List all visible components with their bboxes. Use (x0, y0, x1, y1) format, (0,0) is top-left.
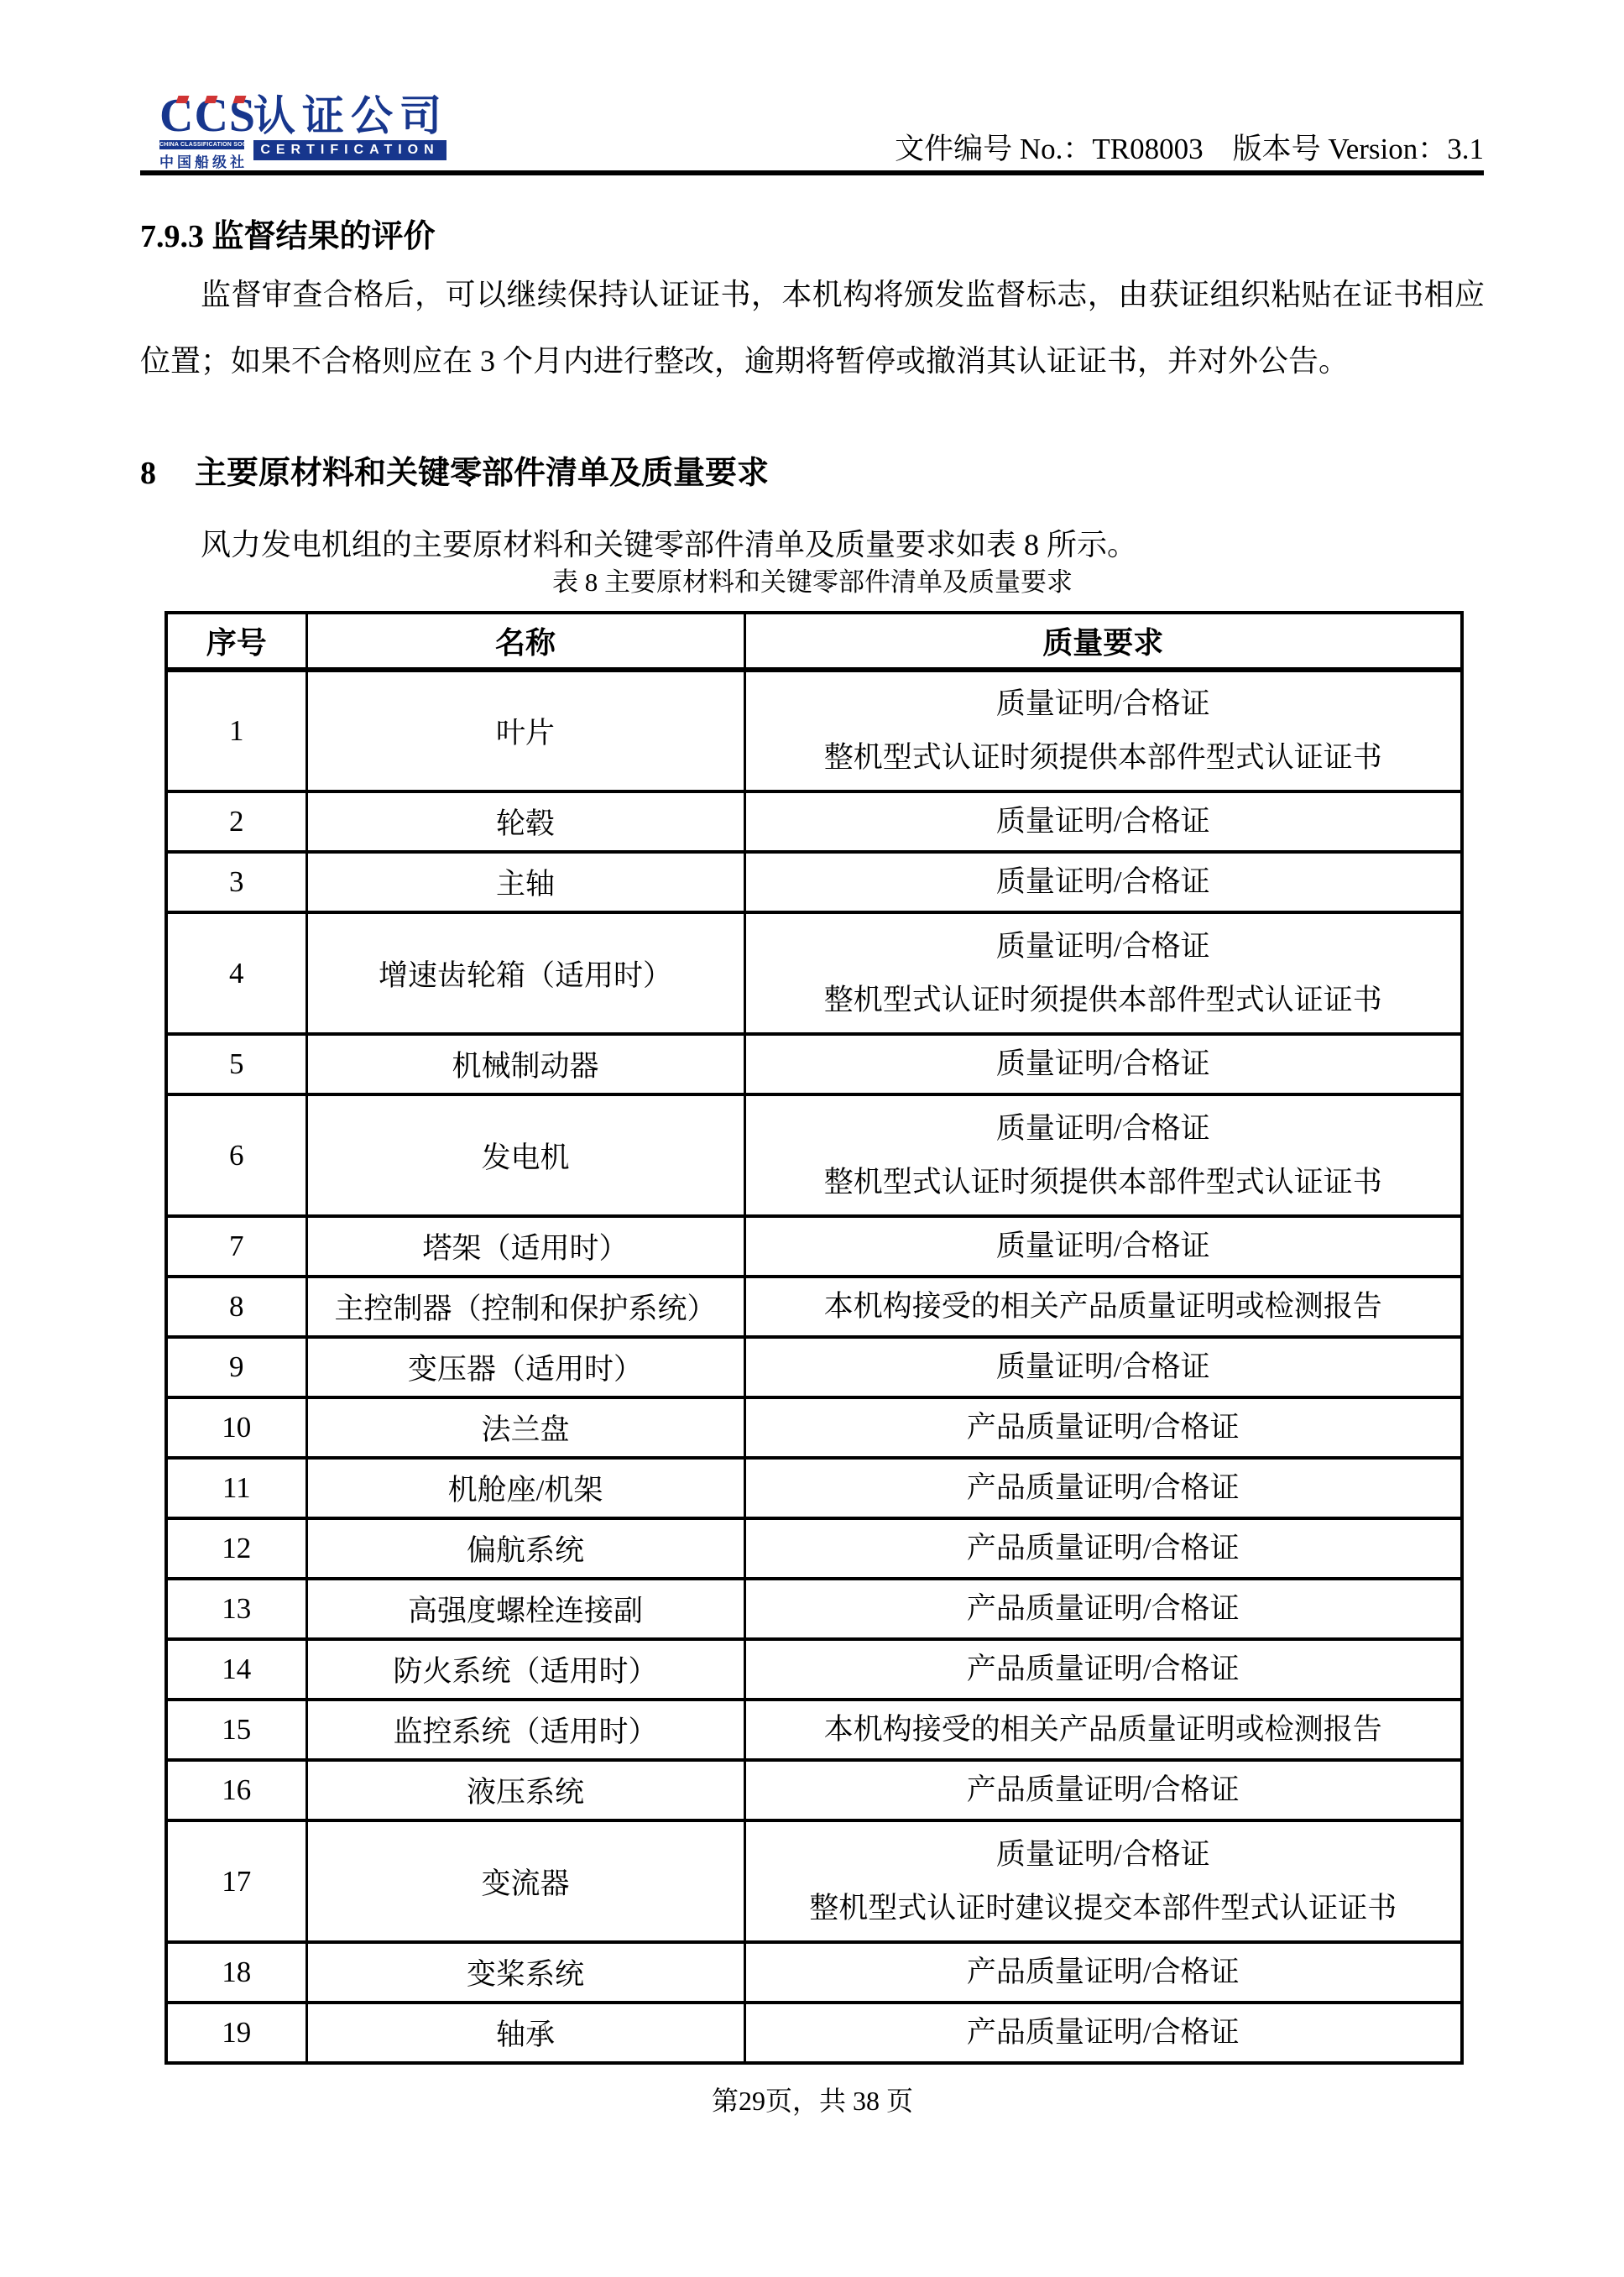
component-name-cell: 塔架（适用时） (306, 1216, 744, 1277)
table-row: 12 偏航系统 产品质量证明/合格证 (166, 1518, 1462, 1579)
requirement-line: 整机型式认证时须提供本部件型式认证证书 (746, 731, 1461, 785)
requirement-line: 整机型式认证时建议提交本部件型式认证证书 (746, 1882, 1461, 1935)
header-divider (140, 170, 1484, 175)
quality-requirement-cell: 产品质量证明/合格证 (744, 1458, 1462, 1518)
table-row: 9 变压器（适用时） 质量证明/合格证 (166, 1337, 1462, 1397)
row-number-cell: 12 (166, 1518, 306, 1579)
section-heading-8: 8主要原材料和关键零部件清单及质量要求 (140, 447, 769, 493)
component-table-body: 1 叶片 质量证明/合格证整机型式认证时须提供本部件型式认证证书 2 轮毂 质量… (166, 670, 1462, 2063)
logo-company-name: 认证公司 (253, 94, 448, 138)
table-row: 13 高强度螺栓连接副 产品质量证明/合格证 (166, 1579, 1462, 1639)
paragraph-793: 监督审查合格后，可以继续保持认证证书，本机构将颁发监督标志，由获证组织粘贴在证书… (140, 262, 1485, 394)
requirement-line: 产品质量证明/合格证 (746, 1461, 1461, 1515)
component-name-cell: 机械制动器 (306, 1034, 744, 1094)
component-name-cell: 增速齿轮箱（适用时） (306, 912, 744, 1034)
component-name-cell: 变桨系统 (306, 1942, 744, 2003)
table-row: 11 机舱座/机架 产品质量证明/合格证 (166, 1458, 1462, 1518)
row-number-cell: 15 (166, 1700, 306, 1760)
table-row: 16 液压系统 产品质量证明/合格证 (166, 1760, 1462, 1820)
logo-certification-bar: CERTIFICATION (253, 140, 446, 160)
quality-requirement-cell: 产品质量证明/合格证 (744, 1518, 1462, 1579)
row-number-cell: 17 (166, 1820, 306, 1942)
requirement-line: 产品质量证明/合格证 (746, 1642, 1461, 1696)
quality-requirement-cell: 质量证明/合格证 (744, 852, 1462, 912)
requirement-line: 整机型式认证时须提供本部件型式认证证书 (746, 974, 1461, 1027)
table-caption: 表 8 主要原材料和关键零部件清单及质量要求 (140, 561, 1485, 598)
component-name-cell: 机舱座/机架 (306, 1458, 744, 1518)
component-name-cell: 叶片 (306, 670, 744, 791)
requirement-line: 质量证明/合格证 (746, 1037, 1461, 1091)
component-name-cell: 高强度螺栓连接副 (306, 1579, 744, 1639)
row-number-cell: 19 (166, 2003, 306, 2063)
header-cell-no: 序号 (166, 613, 306, 670)
quality-requirement-cell: 产品质量证明/合格证 (744, 1579, 1462, 1639)
document-number-and-version: 文件编号 No.：TR08003 版本号 Version：3.1 (895, 126, 1484, 168)
section-heading-8-text: 主要原材料和关键零部件清单及质量要求 (195, 456, 769, 491)
table-row: 14 防火系统（适用时） 产品质量证明/合格证 (166, 1639, 1462, 1700)
quality-requirement-cell: 质量证明/合格证 (744, 1216, 1462, 1277)
row-number-cell: 3 (166, 852, 306, 912)
table-row: 4 增速齿轮箱（适用时） 质量证明/合格证整机型式认证时须提供本部件型式认证证书 (166, 912, 1462, 1034)
table-row: 1 叶片 质量证明/合格证整机型式认证时须提供本部件型式认证证书 (166, 670, 1462, 791)
section-heading-793: 7.9.3 监督结果的评价 (140, 210, 436, 256)
table-row: 6 发电机 质量证明/合格证整机型式认证时须提供本部件型式认证证书 (166, 1094, 1462, 1216)
quality-requirement-cell: 质量证明/合格证整机型式认证时须提供本部件型式认证证书 (744, 670, 1462, 791)
table-row: 18 变桨系统 产品质量证明/合格证 (166, 1942, 1462, 2003)
requirement-line: 产品质量证明/合格证 (746, 1945, 1461, 1999)
document-page: CCS CHINA CLASSIFICATION SOCIETY 中国船级社 认… (0, 0, 1624, 2277)
quality-requirement-cell: 产品质量证明/合格证 (744, 1942, 1462, 2003)
quality-requirement-cell: 质量证明/合格证整机型式认证时建议提交本部件型式认证证书 (744, 1820, 1462, 1942)
logo-society-en: CHINA CLASSIFICATION SOCIETY (159, 140, 244, 149)
table-row: 2 轮毂 质量证明/合格证 (166, 791, 1462, 852)
requirement-line: 质量证明/合格证 (746, 1219, 1461, 1273)
requirement-line: 质量证明/合格证 (746, 1102, 1461, 1156)
quality-requirement-cell: 产品质量证明/合格证 (744, 1397, 1462, 1458)
requirement-line: 质量证明/合格证 (746, 855, 1461, 909)
row-number-cell: 2 (166, 791, 306, 852)
component-name-cell: 偏航系统 (306, 1518, 744, 1579)
requirement-line: 产品质量证明/合格证 (746, 1763, 1461, 1817)
row-number-cell: 10 (166, 1397, 306, 1458)
quality-requirement-cell: 产品质量证明/合格证 (744, 2003, 1462, 2063)
row-number-cell: 5 (166, 1034, 306, 1094)
requirement-line: 质量证明/合格证 (746, 677, 1461, 731)
row-number-cell: 8 (166, 1277, 306, 1337)
row-number-cell: 18 (166, 1942, 306, 2003)
header-cell-requirement: 质量要求 (744, 613, 1462, 670)
requirement-line: 质量证明/合格证 (746, 1340, 1461, 1394)
quality-requirement-cell: 本机构接受的相关产品质量证明或检测报告 (744, 1700, 1462, 1760)
component-name-cell: 变流器 (306, 1820, 744, 1942)
table-row: 17 变流器 质量证明/合格证整机型式认证时建议提交本部件型式认证证书 (166, 1820, 1462, 1942)
component-name-cell: 发电机 (306, 1094, 744, 1216)
table-row: 19 轴承 产品质量证明/合格证 (166, 2003, 1462, 2063)
component-name-cell: 轮毂 (306, 791, 744, 852)
row-number-cell: 9 (166, 1337, 306, 1397)
row-number-cell: 1 (166, 670, 306, 791)
component-name-cell: 监控系统（适用时） (306, 1700, 744, 1760)
quality-requirement-cell: 质量证明/合格证整机型式认证时须提供本部件型式认证证书 (744, 912, 1462, 1034)
table-header-row: 序号 名称 质量要求 (166, 613, 1462, 670)
table-row: 10 法兰盘 产品质量证明/合格证 (166, 1397, 1462, 1458)
requirement-line: 产品质量证明/合格证 (746, 2006, 1461, 2060)
requirement-line: 产品质量证明/合格证 (746, 1401, 1461, 1454)
table-row: 8 主控制器（控制和保护系统） 本机构接受的相关产品质量证明或检测报告 (166, 1277, 1462, 1337)
section-heading-8-number: 8 (140, 456, 156, 491)
requirement-line: 本机构接受的相关产品质量证明或检测报告 (746, 1280, 1461, 1334)
requirement-line: 质量证明/合格证 (746, 1828, 1461, 1882)
row-number-cell: 14 (166, 1639, 306, 1700)
component-name-cell: 主控制器（控制和保护系统） (306, 1277, 744, 1337)
table-row: 7 塔架（适用时） 质量证明/合格证 (166, 1216, 1462, 1277)
page-number-footer: 第29页，共 38 页 (140, 2080, 1485, 2118)
table-row: 5 机械制动器 质量证明/合格证 (166, 1034, 1462, 1094)
row-number-cell: 11 (166, 1458, 306, 1518)
header-cell-name: 名称 (306, 613, 744, 670)
row-number-cell: 6 (166, 1094, 306, 1216)
quality-requirement-cell: 本机构接受的相关产品质量证明或检测报告 (744, 1277, 1462, 1337)
quality-requirement-cell: 产品质量证明/合格证 (744, 1639, 1462, 1700)
requirement-line: 质量证明/合格证 (746, 795, 1461, 849)
requirement-line: 产品质量证明/合格证 (746, 1522, 1461, 1575)
row-number-cell: 16 (166, 1760, 306, 1820)
requirement-line: 整机型式认证时须提供本部件型式认证证书 (746, 1156, 1461, 1209)
table-row: 3 主轴 质量证明/合格证 (166, 852, 1462, 912)
quality-requirement-cell: 质量证明/合格证 (744, 1034, 1462, 1094)
table-row: 15 监控系统（适用时） 本机构接受的相关产品质量证明或检测报告 (166, 1700, 1462, 1760)
component-name-cell: 液压系统 (306, 1760, 744, 1820)
component-name-cell: 法兰盘 (306, 1397, 744, 1458)
component-name-cell: 防火系统（适用时） (306, 1639, 744, 1700)
requirement-line: 质量证明/合格证 (746, 920, 1461, 974)
row-number-cell: 7 (166, 1216, 306, 1277)
row-number-cell: 13 (166, 1579, 306, 1639)
quality-requirement-cell: 质量证明/合格证 (744, 791, 1462, 852)
component-name-cell: 轴承 (306, 2003, 744, 2063)
component-name-cell: 变压器（适用时） (306, 1337, 744, 1397)
quality-requirement-cell: 质量证明/合格证 (744, 1337, 1462, 1397)
requirement-line: 本机构接受的相关产品质量证明或检测报告 (746, 1703, 1461, 1757)
component-name-cell: 主轴 (306, 852, 744, 912)
component-table: 序号 名称 质量要求 1 叶片 质量证明/合格证整机型式认证时须提供本部件型式认… (164, 611, 1464, 2065)
logo-society-cn: 中国船级社 (159, 150, 247, 171)
quality-requirement-cell: 产品质量证明/合格证 (744, 1760, 1462, 1820)
quality-requirement-cell: 质量证明/合格证整机型式认证时须提供本部件型式认证证书 (744, 1094, 1462, 1216)
requirement-line: 产品质量证明/合格证 (746, 1582, 1461, 1636)
row-number-cell: 4 (166, 912, 306, 1034)
ccs-logo: CCS CHINA CLASSIFICATION SOCIETY 中国船级社 认… (159, 99, 462, 175)
